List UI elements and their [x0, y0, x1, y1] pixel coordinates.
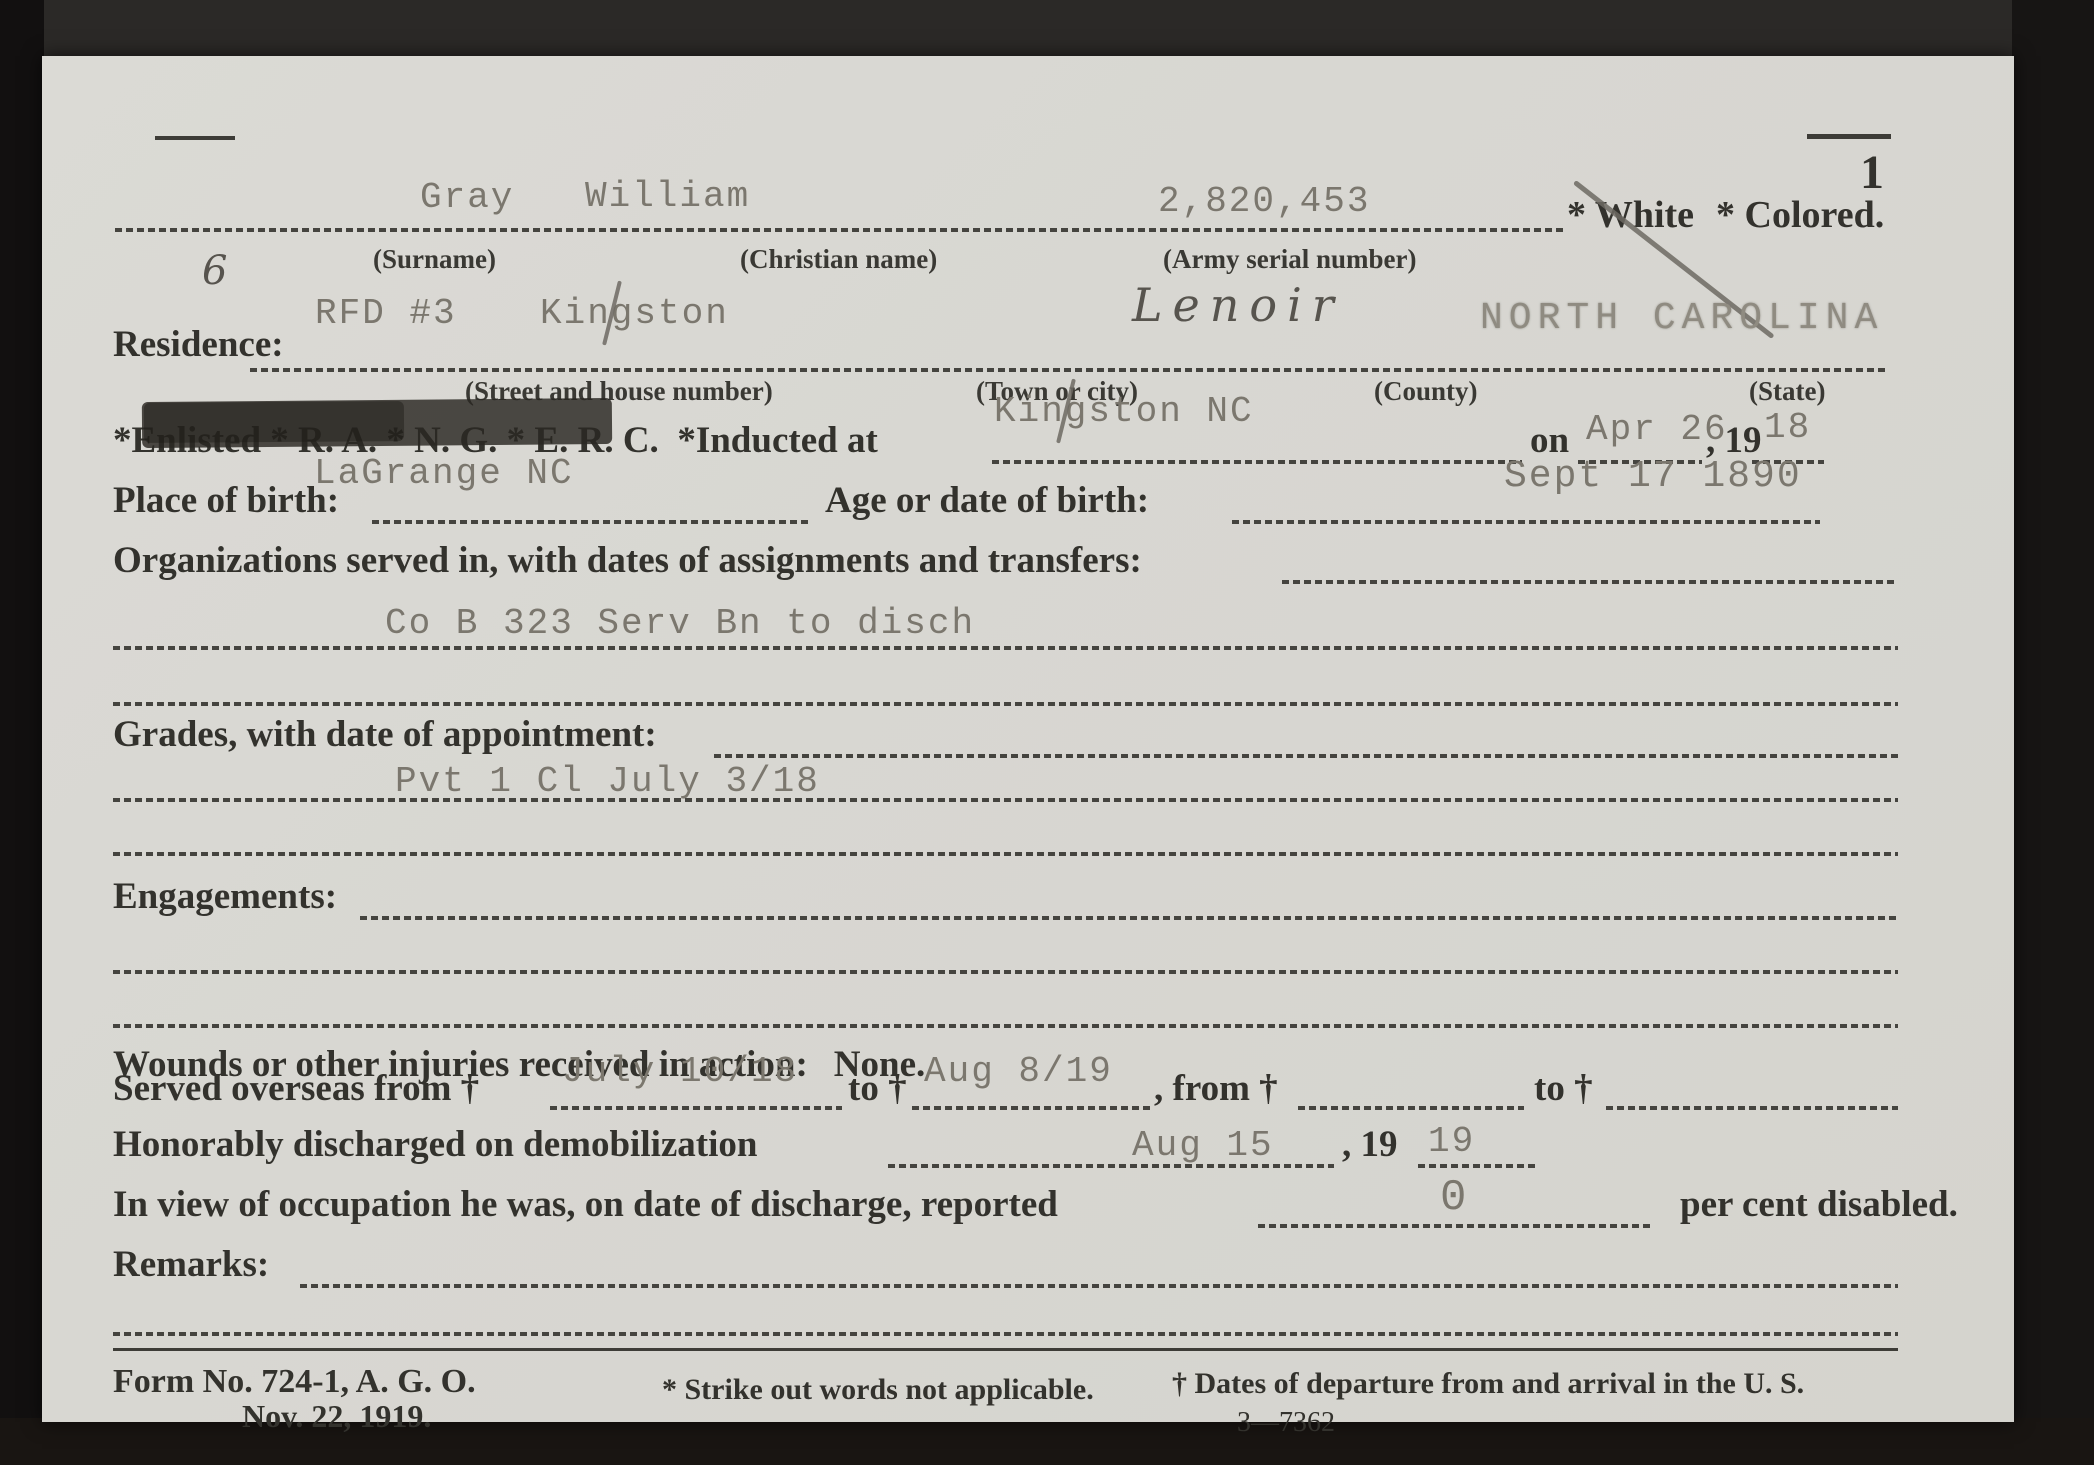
bottom-solid-rule	[113, 1348, 1898, 1351]
remarks-label: Remarks:	[113, 1246, 269, 1285]
overseas-from2-label: , from †	[1154, 1070, 1278, 1109]
organizations-rule-2	[113, 702, 1898, 706]
disability-label: In view of occupation he was, on date of…	[113, 1186, 1058, 1225]
discharge-year-prefix: , 19	[1342, 1126, 1398, 1165]
christian-name-label: (Christian name)	[740, 246, 937, 273]
bottom-blank-rule	[113, 1332, 1898, 1336]
organizations-label: Organizations served in, with dates of a…	[113, 542, 1142, 581]
overseas-to2-label: to †	[1534, 1070, 1593, 1109]
form-number: Form No. 724-1, A. G. O.	[113, 1364, 476, 1400]
disability-value: 0	[1440, 1176, 1468, 1220]
place-of-birth-value: LaGrange NC	[314, 456, 574, 492]
grades-rule-2	[113, 852, 1898, 856]
organizations-label-rule	[1282, 580, 1898, 584]
surname-value: Gray	[420, 180, 514, 216]
scanned-card-stage: 1 Gray William 2,820,453 * White* Colore…	[0, 0, 2094, 1465]
top-left-tick-mark	[155, 136, 235, 140]
army-serial-number-value: 2,820,453	[1158, 184, 1370, 220]
engagements-label: Engagements:	[113, 878, 337, 917]
page-number-overline	[1807, 134, 1891, 139]
induction-year-value: 18	[1764, 410, 1811, 446]
service-record-card: 1 Gray William 2,820,453 * White* Colore…	[42, 56, 2014, 1422]
grades-label-rule	[714, 754, 1898, 758]
residence-county-value: Lenoir	[1132, 278, 1344, 332]
dagger-note: † Dates of departure from and arrival in…	[1172, 1368, 1804, 1400]
age-or-dob-value: Sept 17 1890	[1504, 458, 1802, 496]
place-of-birth-label: Place of birth:	[113, 482, 339, 521]
grades-label: Grades, with date of appointment:	[113, 716, 657, 755]
residence-street-value: RFD #3	[315, 296, 457, 332]
overseas-from-value: July 10/18	[562, 1054, 798, 1090]
overseas-to-rule	[912, 1106, 1150, 1110]
discharge-label: Honorably discharged on demobilization	[113, 1126, 757, 1165]
scan-edge-right	[2012, 0, 2094, 1465]
scan-edge-top	[0, 0, 2094, 58]
overseas-to2-rule	[1606, 1106, 1898, 1110]
overseas-to-value: Aug 8/19	[924, 1054, 1113, 1090]
grades-rule-1	[113, 798, 1898, 802]
strike-out-note: * Strike out words not applicable.	[662, 1374, 1094, 1406]
residence-state-value: NORTH CAROLINA	[1480, 300, 1883, 338]
discharge-year-rule	[1418, 1164, 1536, 1168]
army-serial-number-label: (Army serial number)	[1163, 246, 1416, 273]
state-label: (State)	[1749, 378, 1825, 405]
form-date: Nov. 22, 1919.	[242, 1400, 431, 1434]
remarks-rule	[300, 1284, 1898, 1288]
engagements-label-rule	[360, 916, 1898, 920]
name-row-rule	[115, 228, 1563, 232]
overseas-to-label: to †	[848, 1070, 907, 1109]
inducted-place-rule	[992, 460, 1522, 464]
grades-line1-value: Pvt 1 Cl July 3/18	[395, 764, 820, 800]
disability-suffix: per cent disabled.	[1680, 1186, 1958, 1225]
county-label: (County)	[1374, 378, 1478, 405]
residence-town-value: Kingston	[540, 296, 729, 332]
age-or-dob-label: Age or date of birth:	[825, 482, 1149, 521]
age-or-dob-rule	[1232, 520, 1820, 524]
residence-rule	[250, 368, 1887, 372]
ink-smear-strikeout-dark	[144, 401, 404, 443]
race-option-colored: * Colored.	[1716, 194, 1884, 236]
inducted-at-label: *Inducted at	[659, 420, 878, 461]
overseas-from-label: Served overseas from †	[113, 1070, 479, 1109]
page-number: 1	[1860, 148, 1884, 198]
overseas-from-rule	[550, 1106, 842, 1110]
margin-numeral-mark: 6	[202, 248, 227, 294]
inducted-place-value: Kingston NC	[994, 394, 1254, 430]
organizations-line1-value: Co B 323 Serv Bn to disch	[385, 606, 975, 642]
disability-rule	[1258, 1224, 1654, 1228]
organizations-rule-1	[113, 646, 1898, 650]
discharge-year-value: 19	[1428, 1124, 1475, 1160]
surname-label: (Surname)	[373, 246, 496, 273]
scan-edge-left	[0, 0, 44, 1465]
engagements-rule-1	[113, 970, 1898, 974]
print-code: 3—7362	[1237, 1408, 1335, 1437]
place-of-birth-rule	[372, 520, 812, 524]
residence-label: Residence:	[113, 326, 284, 365]
discharge-date-value: Aug 15	[1132, 1128, 1274, 1164]
christian-name-value: William	[585, 179, 750, 215]
overseas-from2-rule	[1298, 1106, 1524, 1110]
engagements-rule-2	[113, 1024, 1898, 1028]
